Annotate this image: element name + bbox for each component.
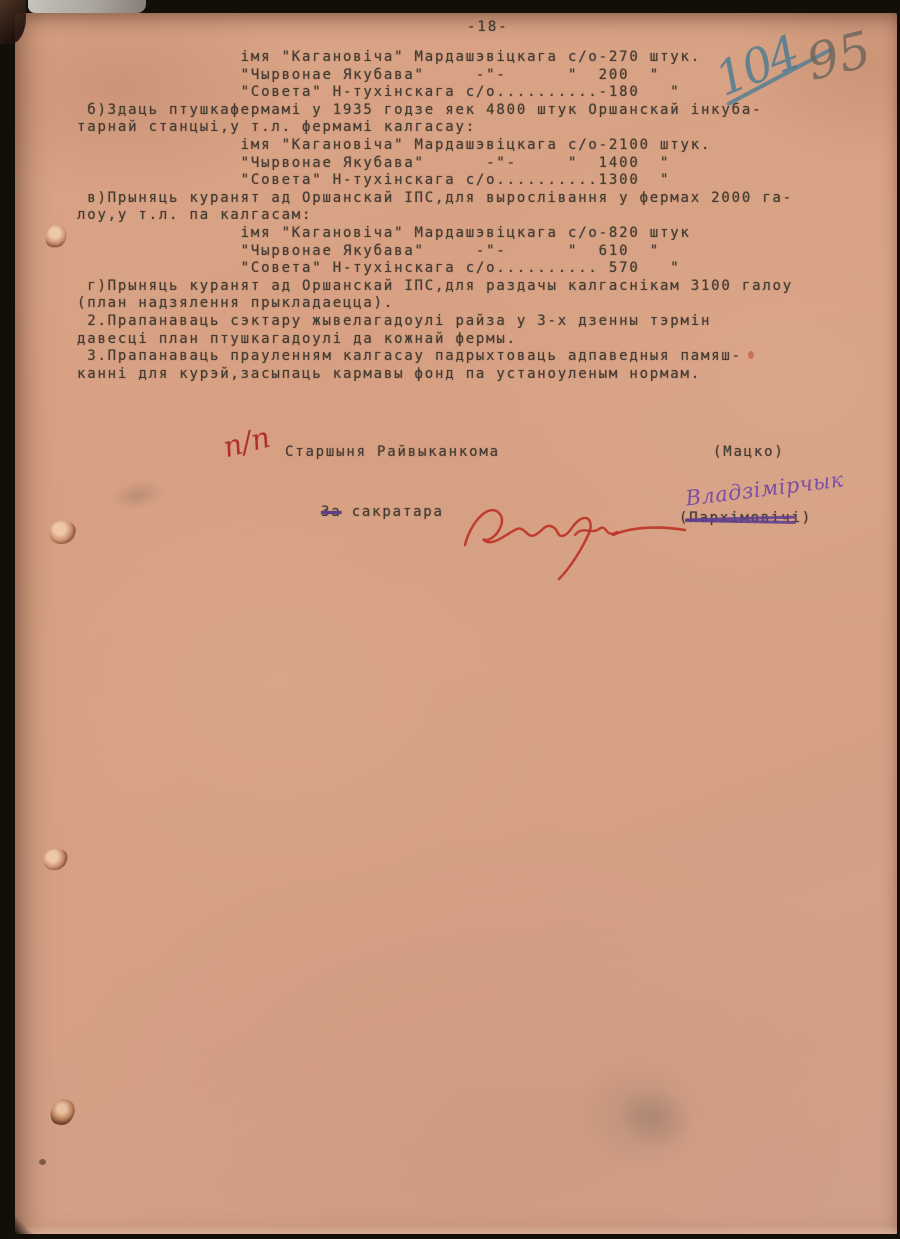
scan-background: -18- 104 95 імя "Кагановіча" Мардашэвіцк… <box>0 0 900 1239</box>
secretary-line: За сакратара <box>321 504 444 520</box>
secretary-title: сакратара <box>341 504 443 520</box>
paper-hole <box>42 847 70 871</box>
paper-hole <box>43 223 68 251</box>
pp-handwritten-mark: п/п <box>220 420 274 464</box>
pencil-archival-number: 95 <box>801 20 877 92</box>
purple-handwritten-name: Владзімірчык <box>684 467 845 510</box>
book-spine <box>0 0 16 1239</box>
pencil-smudge <box>109 476 168 515</box>
top-edge-fragment <box>28 0 146 13</box>
paper-speck <box>39 1159 46 1165</box>
document-page: -18- 104 95 імя "Кагановіча" Мардашэвіцк… <box>15 13 897 1234</box>
bottom-left-corner-shadow <box>0 1209 34 1239</box>
paper-hole <box>47 1096 77 1129</box>
chairman-title: Старшыня Райвыканкома <box>285 444 500 460</box>
struck-typed-name: (Пархімовічі) <box>679 510 812 526</box>
secretary-struck-word: За <box>321 504 341 520</box>
red-ink-speck <box>748 351 754 359</box>
red-ink-signature <box>455 481 695 585</box>
page-number: -18- <box>467 19 509 35</box>
chairman-name: (Мацко) <box>713 444 785 460</box>
paper-hole <box>49 521 76 544</box>
typewritten-body: імя "Кагановіча" Мардашэвіцкага с/о-270 … <box>77 49 793 383</box>
